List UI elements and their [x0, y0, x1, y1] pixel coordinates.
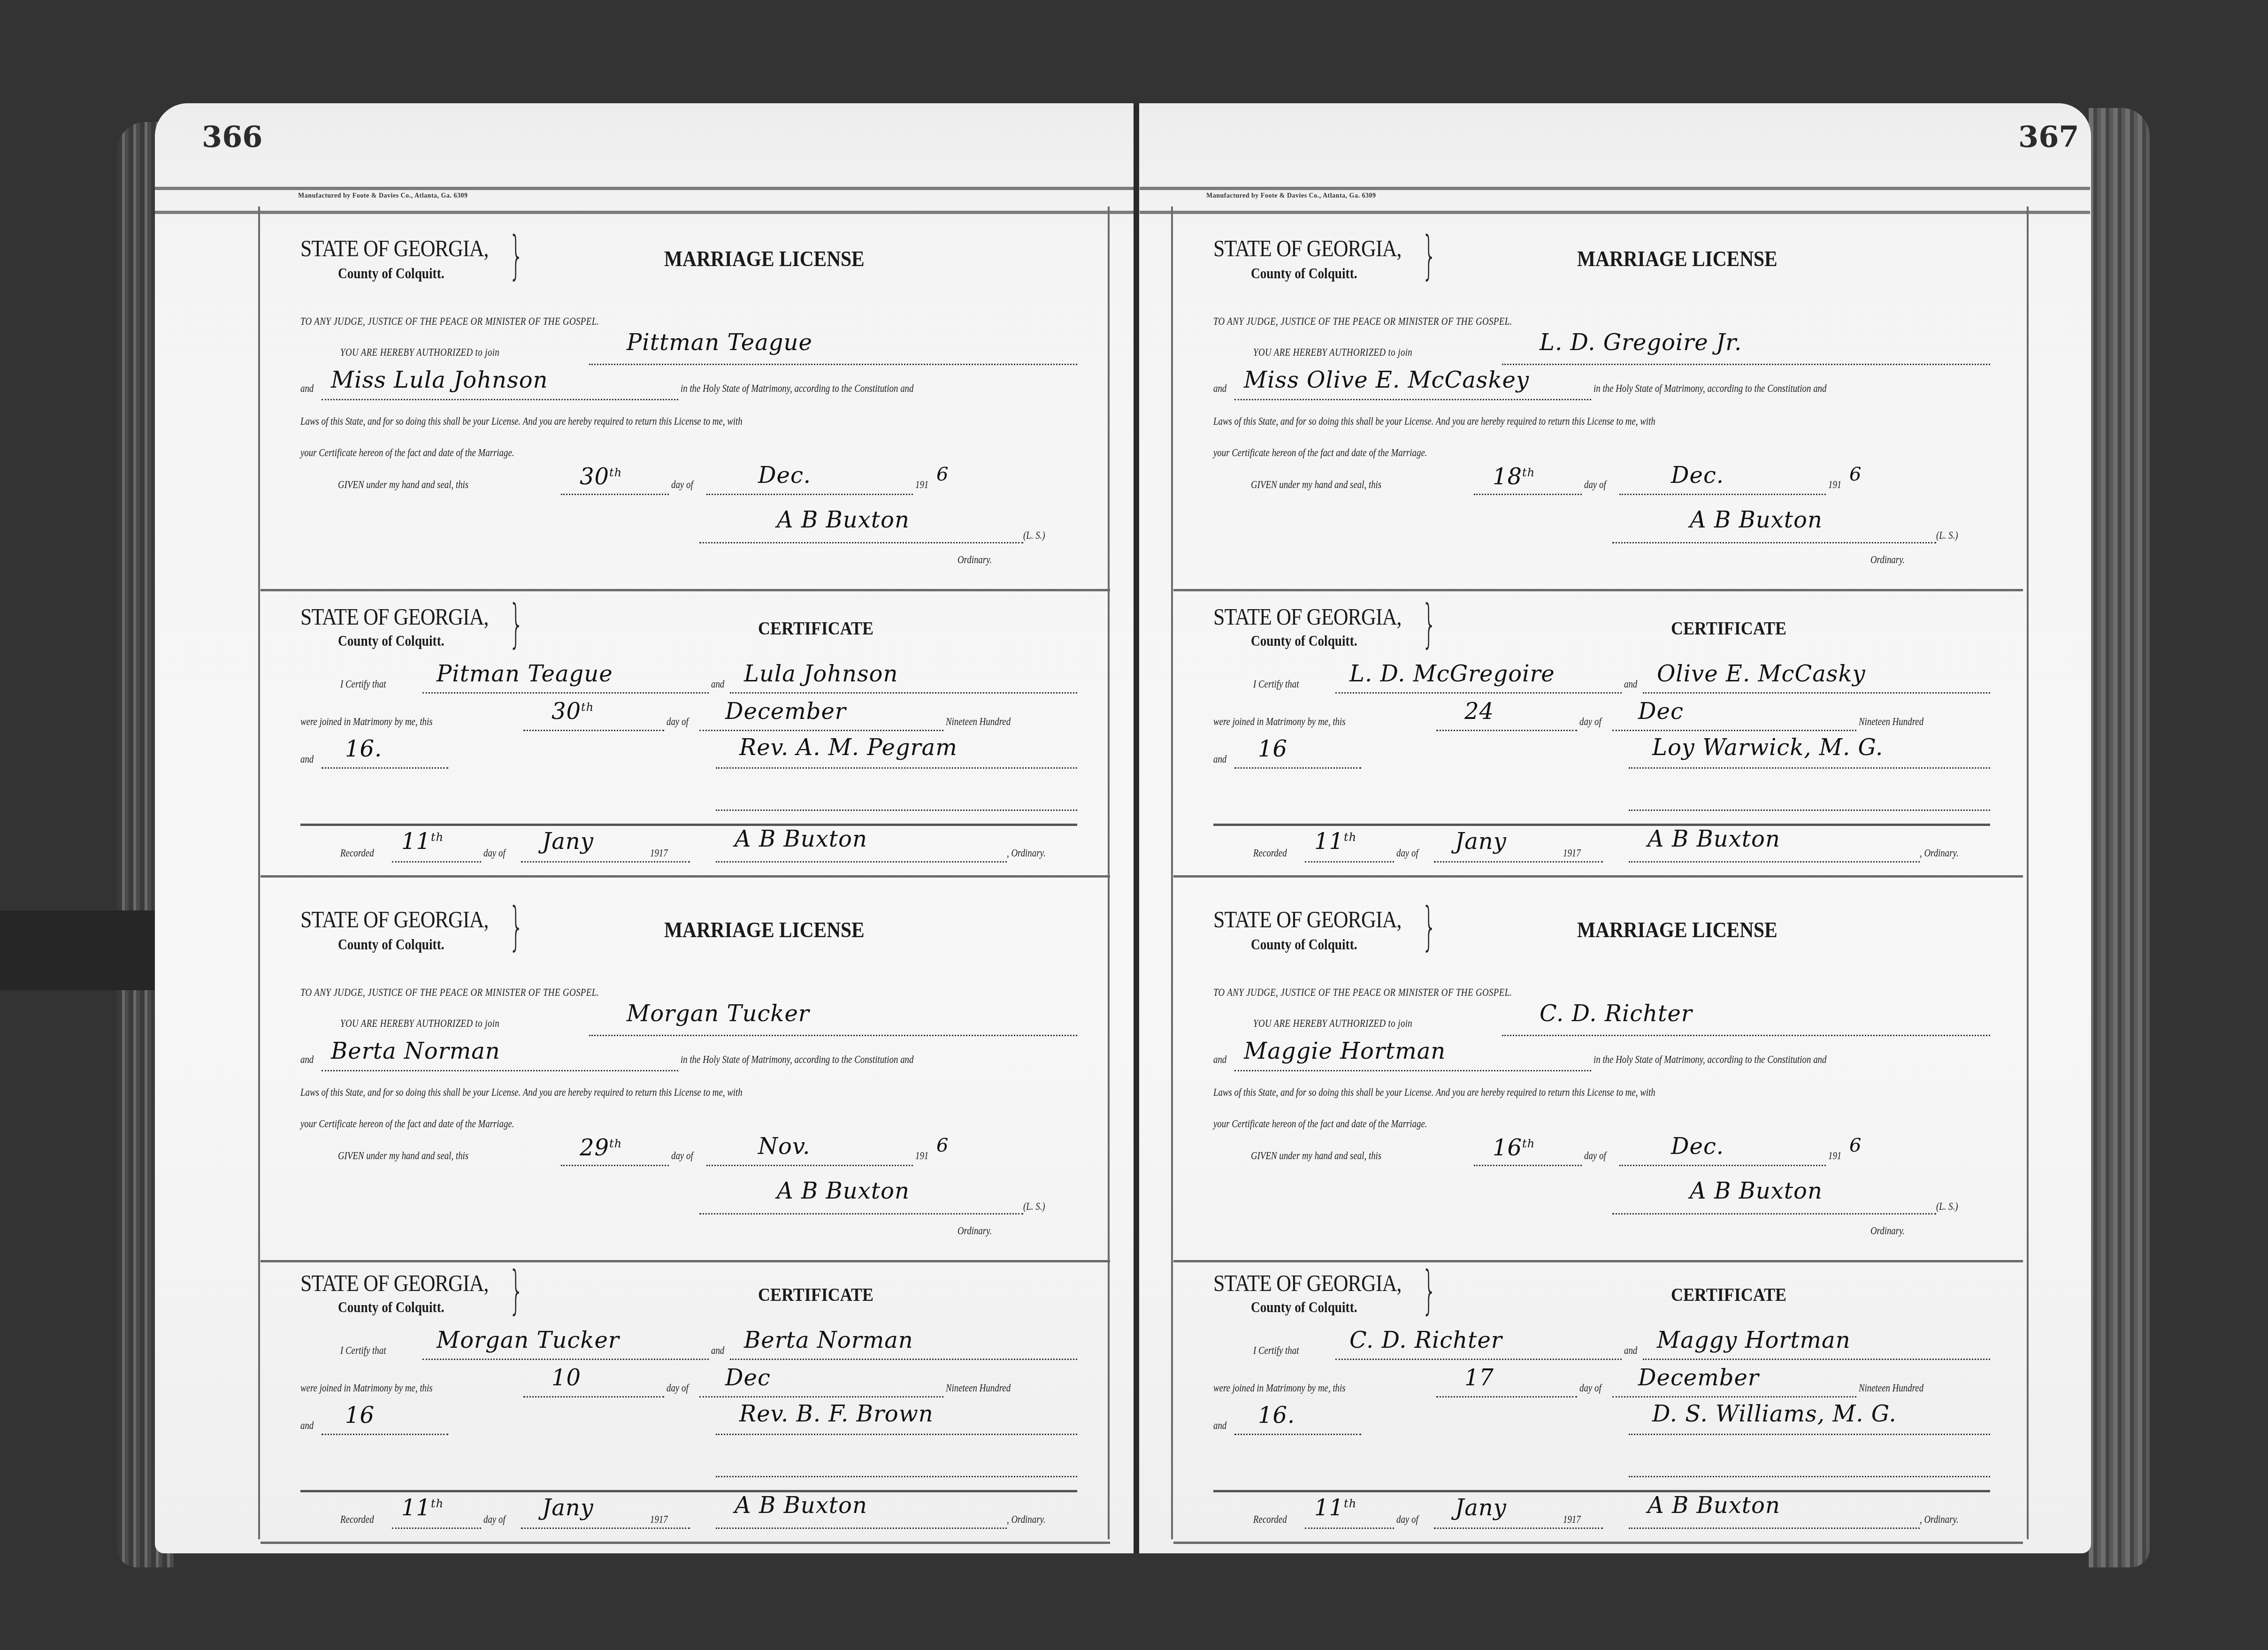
and-text: and: [300, 382, 314, 395]
given-month-fill-line: [706, 494, 913, 495]
given-month: Dec.: [758, 462, 811, 489]
recorded-month: Jany: [542, 1495, 594, 1521]
ls-text: (L. S.): [1023, 529, 1045, 542]
day-of-text: day of: [1584, 479, 1606, 491]
recorded-divider: [1213, 1490, 1990, 1492]
book-edges-right: [2089, 108, 2150, 1567]
county-heading: County of Colquitt.: [1251, 1299, 1357, 1316]
recorded-signature-fill-line: [1629, 861, 1920, 863]
cert-day-fill-line: [523, 730, 664, 731]
certificate-hereon-text: your Certificate hereon of the fact and …: [300, 1118, 514, 1130]
given-month: Nov.: [758, 1133, 811, 1160]
and-text: and: [300, 1054, 314, 1066]
laws-text: Laws of this State, and for so doing thi…: [300, 1086, 743, 1099]
given-under-text: GIVEN under my hand and seal, this: [338, 1150, 468, 1162]
to-any-judge-text: TO ANY JUDGE, JUSTICE OF THE PEACE OR MI…: [300, 315, 599, 328]
certificate-hereon-text: your Certificate hereon of the fact and …: [1213, 1118, 1427, 1130]
given-month-fill-line: [1619, 494, 1826, 495]
marriage-license-form: STATE OF GEORGIA, County of Colquitt. } …: [261, 878, 1110, 1262]
nineteen-hundred-text: Nineteen Hundred: [946, 1382, 1011, 1394]
county-heading: County of Colquitt.: [1251, 936, 1357, 953]
given-year-digit: 6: [936, 464, 949, 485]
given-day: 18th: [1493, 464, 1535, 490]
ls-text: (L. S.): [1023, 1200, 1045, 1213]
given-month-fill-line: [1619, 1165, 1826, 1166]
signature-fill-line: [699, 1213, 1023, 1215]
recorded-ordinary-label: , Ordinary.: [1920, 847, 1959, 859]
recorded-ordinary-label: , Ordinary.: [1007, 1513, 1046, 1526]
given-day: 29th: [580, 1135, 622, 1161]
cert-groom-fill-line: [1335, 1359, 1622, 1360]
and-text: and: [1213, 1420, 1226, 1432]
and-text: and: [1624, 678, 1637, 690]
ordinary-signature: A B Buxton: [1690, 507, 1823, 533]
cert-day-fill-line: [1436, 730, 1577, 731]
nineteen-hundred-text: Nineteen Hundred: [946, 716, 1011, 728]
county-heading: County of Colquitt.: [1251, 265, 1357, 282]
groom-name: L. D. Gregoire Jr.: [1540, 329, 1742, 356]
year-prefix-text: 191: [1828, 479, 1841, 491]
state-heading: STATE OF GEORGIA,: [1213, 235, 1402, 262]
year-prefix-text: 191: [1828, 1150, 1841, 1162]
ordinary-signature: A B Buxton: [1690, 1178, 1823, 1204]
ls-text: (L. S.): [1936, 1200, 1958, 1213]
bride-name: Maggie Hortman: [1244, 1038, 1446, 1064]
cert-groom-name: L. D. McGregoire: [1349, 661, 1555, 687]
and-text: and: [300, 753, 314, 765]
cert-month: Dec: [725, 1365, 771, 1391]
groom-name: C. D. Richter: [1540, 1001, 1693, 1027]
cert-year-fill-line: [322, 767, 448, 769]
brace-glyph: }: [509, 896, 524, 956]
state-heading: STATE OF GEORGIA,: [1213, 1269, 1402, 1297]
recorded-month: Jany: [1455, 828, 1507, 855]
year-prefix-text: 191: [915, 1150, 928, 1162]
cert-year-fill-line: [1234, 1434, 1361, 1435]
officiant-name: Loy Warwick, M. G.: [1652, 734, 1883, 761]
certificate-title: CERTIFICATE: [1671, 1283, 1786, 1306]
given-day: 30th: [580, 464, 622, 490]
authorized-text: YOU ARE HEREBY AUTHORIZED to join: [1253, 346, 1412, 359]
officiant-name: Rev. B. F. Brown: [739, 1401, 934, 1427]
groom-fill-line: [1502, 1035, 1990, 1036]
bride-fill-line: [322, 1070, 678, 1071]
certificate-form: STATE OF GEORGIA, County of Colquitt. } …: [261, 591, 1110, 878]
cert-year-fill-line: [1234, 767, 1361, 769]
bride-name: Miss Lula Johnson: [331, 367, 548, 393]
cert-groom-name: Pitman Teague: [437, 661, 613, 687]
given-day-fill-line: [561, 1165, 669, 1166]
cert-bride-name: Olive E. McCasky: [1657, 661, 1866, 687]
cert-day-fill-line: [1436, 1396, 1577, 1398]
recorded-divider: [300, 824, 1077, 826]
ordinary-label: Ordinary.: [1870, 554, 1905, 566]
recorded-text: Recorded: [340, 847, 374, 859]
nineteen-hundred-text: Nineteen Hundred: [1859, 716, 1923, 728]
brace-glyph: }: [1422, 896, 1437, 956]
day-of-text: day of: [1396, 847, 1418, 859]
cert-bride-fill-line: [1643, 692, 1990, 694]
were-joined-text: were joined in Matrimony by me, this: [1213, 1382, 1346, 1394]
to-any-judge-text: TO ANY JUDGE, JUSTICE OF THE PEACE OR MI…: [1213, 986, 1512, 999]
cert-groom-fill-line: [1335, 692, 1622, 694]
recorded-day-fill-line: [1305, 1528, 1394, 1529]
brace-glyph: }: [509, 594, 524, 654]
recorded-ordinary-label: , Ordinary.: [1920, 1513, 1959, 1526]
certificate-hereon-text: your Certificate hereon of the fact and …: [1213, 447, 1427, 459]
cert-day-fill-line: [523, 1396, 664, 1398]
cert-day: 30th: [552, 698, 594, 725]
county-heading: County of Colquitt.: [338, 936, 444, 953]
given-day-fill-line: [1474, 1165, 1582, 1166]
recorded-text: Recorded: [1253, 1513, 1287, 1526]
page-number-right: 367: [2018, 120, 2079, 154]
recorded-month-fill-line: [1434, 861, 1603, 863]
given-month: Dec.: [1671, 1133, 1724, 1160]
and-text: and: [711, 1344, 724, 1357]
signature-fill-line: [1612, 1213, 1936, 1215]
ordinary-signature: A B Buxton: [777, 507, 910, 533]
recorded-year: 1917: [1563, 1513, 1581, 1526]
given-under-text: GIVEN under my hand and seal, this: [1251, 479, 1381, 491]
day-of-text: day of: [1579, 716, 1601, 728]
cert-bride-name: Maggy Hortman: [1657, 1327, 1851, 1353]
recorded-month-fill-line: [1434, 1528, 1603, 1529]
ordinary-label: Ordinary.: [958, 554, 992, 566]
were-joined-text: were joined in Matrimony by me, this: [300, 1382, 433, 1394]
holy-state-text: in the Holy State of Matrimony, accordin…: [681, 1054, 913, 1066]
were-joined-text: were joined in Matrimony by me, this: [1213, 716, 1346, 728]
state-heading: STATE OF GEORGIA,: [300, 603, 489, 630]
authorized-text: YOU ARE HEREBY AUTHORIZED to join: [1253, 1017, 1412, 1030]
laws-text: Laws of this State, and for so doing thi…: [1213, 1086, 1655, 1099]
nineteen-hundred-text: Nineteen Hundred: [1859, 1382, 1923, 1394]
and-text: and: [300, 1420, 314, 1432]
certificate-form: STATE OF GEORGIA, County of Colquitt. } …: [261, 1258, 1110, 1544]
cert-day: 10: [552, 1365, 581, 1391]
recorded-month: Jany: [542, 828, 594, 855]
page-number-left: 366: [202, 120, 262, 154]
officiant-fill-line: [1629, 1434, 1990, 1435]
cert-day: 17: [1464, 1365, 1494, 1391]
certificate-title: CERTIFICATE: [1671, 617, 1786, 639]
given-year-digit: 6: [1849, 1135, 1862, 1156]
bride-name: Miss Olive E. McCaskey: [1244, 367, 1529, 393]
i-certify-text: I Certify that: [1253, 678, 1299, 690]
ordinary-signature: A B Buxton: [777, 1178, 910, 1204]
laws-text: Laws of this State, and for so doing thi…: [1213, 415, 1655, 428]
officiant-fill-line: [1629, 767, 1990, 769]
day-of-text: day of: [483, 1513, 506, 1526]
ls-text: (L. S.): [1936, 529, 1958, 542]
officiant-title-fill-line: [716, 810, 1077, 811]
day-of-text: day of: [671, 479, 693, 491]
and-text: and: [1624, 1344, 1637, 1357]
given-under-text: GIVEN under my hand and seal, this: [338, 479, 468, 491]
imprint-right: Manufactured by Foote & Davies Co., Atla…: [1206, 192, 1376, 200]
license-title: MARRIAGE LICENSE: [664, 917, 865, 942]
cert-year-fill-line: [322, 1434, 448, 1435]
to-any-judge-text: TO ANY JUDGE, JUSTICE OF THE PEACE OR MI…: [300, 986, 599, 999]
recorded-signature: A B Buxton: [1647, 1492, 1780, 1519]
and-text: and: [1213, 753, 1226, 765]
recorded-signature: A B Buxton: [735, 1492, 867, 1519]
officiant-fill-line: [716, 1434, 1077, 1435]
cert-bride-fill-line: [730, 692, 1077, 694]
county-heading: County of Colquitt.: [1251, 633, 1357, 649]
county-heading: County of Colquitt.: [338, 633, 444, 649]
officiant-title-fill-line: [1629, 810, 1990, 811]
bride-fill-line: [322, 399, 678, 400]
recorded-day: 11th: [401, 828, 444, 855]
recorded-day: 11th: [1314, 1495, 1356, 1521]
cert-groom-name: Morgan Tucker: [437, 1327, 620, 1353]
recorded-text: Recorded: [340, 1513, 374, 1526]
recorded-day-fill-line: [1305, 861, 1394, 863]
given-day-fill-line: [561, 494, 669, 495]
brace-glyph: }: [1422, 225, 1437, 285]
frame-line: [2027, 206, 2029, 1539]
officiant-title-fill-line: [1629, 1476, 1990, 1477]
cert-year: 16: [1258, 736, 1287, 762]
given-month: Dec.: [1671, 462, 1724, 489]
recorded-day-fill-line: [392, 861, 481, 863]
recorded-signature: A B Buxton: [1647, 826, 1780, 852]
frame-line: [1171, 206, 1173, 1539]
cert-year: 16.: [345, 736, 382, 762]
groom-fill-line: [1502, 364, 1990, 365]
brace-glyph: }: [509, 225, 524, 285]
state-heading: STATE OF GEORGIA,: [300, 1269, 489, 1297]
imprint-left: Manufactured by Foote & Davies Co., Atla…: [298, 192, 467, 200]
recorded-year: 1917: [650, 847, 668, 859]
holy-state-text: in the Holy State of Matrimony, accordin…: [1594, 382, 1826, 395]
cert-groom-fill-line: [422, 1359, 709, 1360]
cert-month: Dec: [1638, 698, 1684, 725]
day-of-text: day of: [667, 1382, 689, 1394]
cert-bride-fill-line: [730, 1359, 1077, 1360]
day-of-text: day of: [671, 1150, 693, 1162]
recorded-divider: [300, 1490, 1077, 1492]
cert-groom-name: C. D. Richter: [1349, 1327, 1502, 1353]
license-title: MARRIAGE LICENSE: [664, 246, 865, 271]
to-any-judge-text: TO ANY JUDGE, JUSTICE OF THE PEACE OR MI…: [1213, 315, 1512, 328]
recorded-signature-fill-line: [716, 1528, 1007, 1529]
cert-month-fill-line: [699, 730, 943, 731]
brace-glyph: }: [509, 1260, 524, 1320]
officiant-name: D. S. Williams, M. G.: [1652, 1401, 1897, 1427]
state-heading: STATE OF GEORGIA,: [300, 235, 489, 262]
recorded-text: Recorded: [1253, 847, 1287, 859]
given-month-fill-line: [706, 1165, 913, 1166]
recorded-month-fill-line: [521, 861, 690, 863]
groom-name: Morgan Tucker: [627, 1001, 810, 1027]
marriage-license-form: STATE OF GEORGIA, County of Colquitt. } …: [261, 206, 1110, 591]
recorded-year: 1917: [650, 1513, 668, 1526]
day-of-text: day of: [1579, 1382, 1601, 1394]
groom-name: Pittman Teague: [627, 329, 812, 356]
marriage-license-form: STATE OF GEORGIA, County of Colquitt. } …: [1173, 878, 2023, 1262]
state-heading: STATE OF GEORGIA,: [1213, 906, 1402, 933]
license-title: MARRIAGE LICENSE: [1577, 246, 1778, 271]
day-of-text: day of: [1396, 1513, 1418, 1526]
recorded-signature-fill-line: [716, 861, 1007, 863]
authorized-text: YOU ARE HEREBY AUTHORIZED to join: [340, 346, 499, 359]
given-year-digit: 6: [1849, 464, 1862, 485]
given-day: 16th: [1493, 1135, 1535, 1161]
ordinary-label: Ordinary.: [958, 1225, 992, 1237]
day-of-text: day of: [667, 716, 689, 728]
officiant-fill-line: [716, 767, 1077, 769]
cert-day: 24: [1464, 698, 1494, 725]
signature-fill-line: [1612, 542, 1936, 543]
i-certify-text: I Certify that: [1253, 1344, 1299, 1357]
recorded-ordinary-label: , Ordinary.: [1007, 847, 1046, 859]
state-heading: STATE OF GEORGIA,: [1213, 603, 1402, 630]
officiant-name: Rev. A. M. Pegram: [739, 734, 958, 761]
and-text: and: [1213, 382, 1226, 395]
holy-state-text: in the Holy State of Matrimony, accordin…: [1594, 1054, 1826, 1066]
certificate-form: STATE OF GEORGIA, County of Colquitt. } …: [1173, 591, 2023, 878]
recorded-divider: [1213, 824, 1990, 826]
marriage-license-form: STATE OF GEORGIA, County of Colquitt. } …: [1173, 206, 2023, 591]
recorded-month: Jany: [1455, 1495, 1507, 1521]
recorded-year: 1917: [1563, 847, 1581, 859]
recorded-month-fill-line: [521, 1528, 690, 1529]
cert-month-fill-line: [699, 1396, 943, 1398]
bride-name: Berta Norman: [331, 1038, 500, 1064]
given-year-digit: 6: [936, 1135, 949, 1156]
and-text: and: [711, 678, 724, 690]
cert-month: December: [1638, 1365, 1759, 1391]
cert-month-fill-line: [1612, 1396, 1856, 1398]
certificate-title: CERTIFICATE: [758, 617, 873, 639]
brace-glyph: }: [1422, 1260, 1437, 1320]
cert-bride-name: Lula Johnson: [744, 661, 898, 687]
and-text: and: [1213, 1054, 1226, 1066]
groom-fill-line: [589, 364, 1077, 365]
cert-bride-name: Berta Norman: [744, 1327, 913, 1353]
day-of-text: day of: [483, 847, 506, 859]
cert-year: 16: [345, 1402, 375, 1428]
signature-fill-line: [699, 542, 1023, 543]
groom-fill-line: [589, 1035, 1077, 1036]
were-joined-text: were joined in Matrimony by me, this: [300, 716, 433, 728]
given-under-text: GIVEN under my hand and seal, this: [1251, 1150, 1381, 1162]
book-gutter: [1134, 103, 1139, 1553]
recorded-day-fill-line: [392, 1528, 481, 1529]
officiant-title-fill-line: [716, 1476, 1077, 1477]
cert-month: December: [725, 698, 846, 725]
cert-month-fill-line: [1612, 730, 1856, 731]
authorized-text: YOU ARE HEREBY AUTHORIZED to join: [340, 1017, 499, 1030]
county-heading: County of Colquitt.: [338, 265, 444, 282]
recorded-day: 11th: [1314, 828, 1356, 855]
certificate-title: CERTIFICATE: [758, 1283, 873, 1306]
frame-line: [258, 206, 260, 1539]
i-certify-text: I Certify that: [340, 678, 386, 690]
county-heading: County of Colquitt.: [338, 1299, 444, 1316]
recorded-signature-fill-line: [1629, 1528, 1920, 1529]
cert-year: 16.: [1258, 1402, 1295, 1428]
license-title: MARRIAGE LICENSE: [1577, 917, 1778, 942]
year-prefix-text: 191: [915, 479, 928, 491]
i-certify-text: I Certify that: [340, 1344, 386, 1357]
laws-text: Laws of this State, and for so doing thi…: [300, 415, 743, 428]
recorded-signature: A B Buxton: [735, 826, 867, 852]
ordinary-label: Ordinary.: [1870, 1225, 1905, 1237]
certificate-hereon-text: your Certificate hereon of the fact and …: [300, 447, 514, 459]
certificate-form: STATE OF GEORGIA, County of Colquitt. } …: [1173, 1258, 2023, 1544]
bride-fill-line: [1234, 1070, 1591, 1071]
given-day-fill-line: [1474, 494, 1582, 495]
cert-groom-fill-line: [422, 692, 709, 694]
holy-state-text: in the Holy State of Matrimony, accordin…: [681, 382, 913, 395]
bride-fill-line: [1234, 399, 1591, 400]
day-of-text: day of: [1584, 1150, 1606, 1162]
recorded-day: 11th: [401, 1495, 444, 1521]
cert-bride-fill-line: [1643, 1359, 1990, 1360]
state-heading: STATE OF GEORGIA,: [300, 906, 489, 933]
brace-glyph: }: [1422, 594, 1437, 654]
